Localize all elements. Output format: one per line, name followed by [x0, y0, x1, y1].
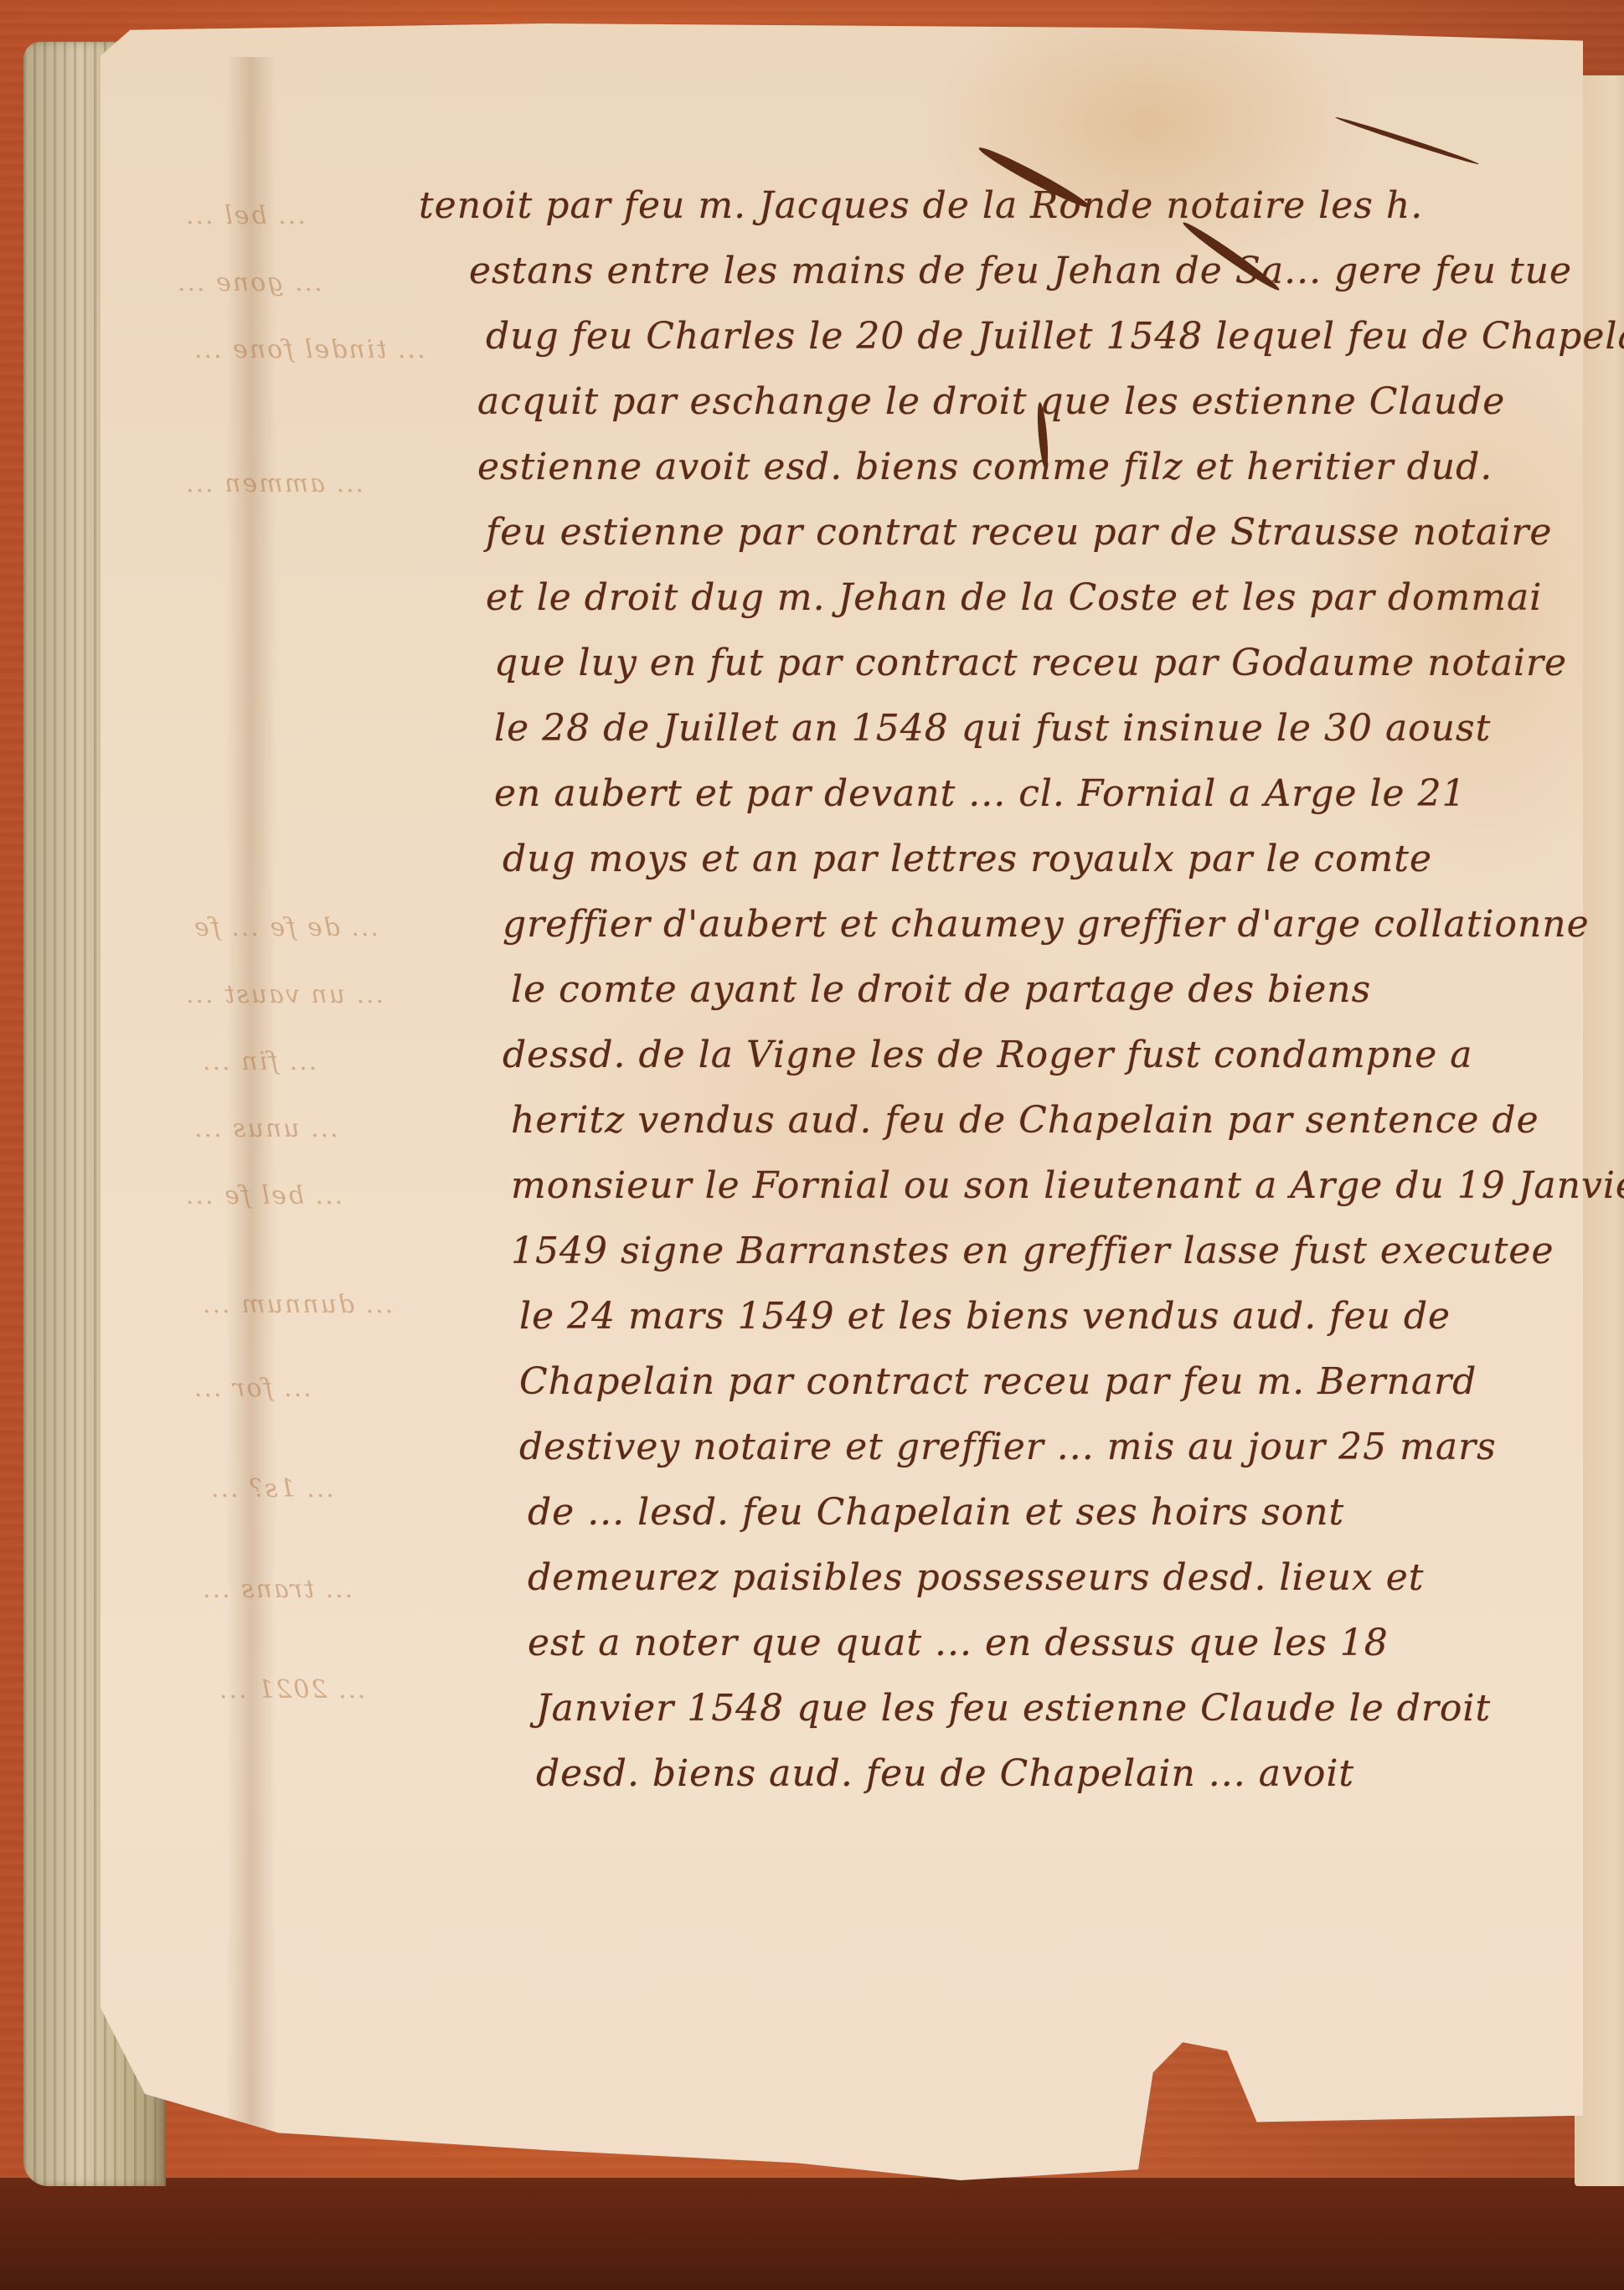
- text-line: acquit par eschange le droit que les est…: [477, 380, 1591, 446]
- text-line: tenoit par feu m. Jacques de la Ronde no…: [419, 184, 1591, 250]
- text-line: estans entre les mains de feu Jehan de S…: [469, 250, 1591, 315]
- text-line: monsieur le Fornial ou son lieutenant a …: [511, 1164, 1591, 1230]
- page-fold-shadow: [226, 57, 276, 2134]
- ghost-line: ... 1s? ...: [209, 1474, 334, 1503]
- text-line: en aubert et par devant ... cl. Fornial …: [494, 772, 1591, 838]
- ghost-line: ... unus ...: [193, 1114, 338, 1143]
- text-line: le 24 mars 1549 et les biens vendus aud.…: [519, 1295, 1591, 1360]
- ghost-line: ... ammen ...: [184, 469, 363, 498]
- text-line: Chapelain par contract receu par feu m. …: [519, 1360, 1591, 1426]
- text-line: que luy en fut par contract receu par Go…: [494, 642, 1591, 707]
- text-line: est a noter que quat ... en dessus que l…: [528, 1622, 1591, 1687]
- table-shadow-edge: [0, 2178, 1624, 2290]
- text-line: destivey notaire et greffier ... mis au …: [519, 1426, 1591, 1491]
- ghost-line: ... tindel fone ...: [193, 335, 425, 364]
- text-line: 1549 signe Barranstes en greffier lasse …: [511, 1230, 1591, 1295]
- text-line: de ... lesd. feu Chapelain et ses hoirs …: [528, 1491, 1591, 1556]
- text-line: dessd. de la Vigne les de Roger fust con…: [503, 1034, 1591, 1099]
- ghost-line: ... for ...: [193, 1374, 312, 1403]
- ghost-line: ... 2021 ...: [218, 1675, 366, 1705]
- ghost-line: ... bel fe ...: [184, 1181, 343, 1210]
- text-line: dug feu Charles le 20 de Juillet 1548 le…: [486, 315, 1591, 380]
- handwritten-text-block: tenoit par feu m. Jacques de la Ronde no…: [419, 184, 1591, 1818]
- ghost-line: ... un vaust ...: [184, 980, 384, 1009]
- text-line: heritz vendus aud. feu de Chapelain par …: [511, 1099, 1591, 1164]
- text-line: feu estienne par contrat receu par de St…: [486, 511, 1591, 576]
- ghost-line: ... bel ...: [184, 201, 306, 230]
- text-line: le comte ayant le droit de partage des b…: [511, 968, 1591, 1034]
- text-line: le 28 de Juillet an 1548 qui fust insinu…: [494, 707, 1591, 772]
- ghost-line: ... gone ...: [176, 268, 322, 297]
- text-line: demeurez paisibles possesseurs desd. lie…: [528, 1556, 1591, 1622]
- ghost-line: ... fin ...: [201, 1047, 317, 1076]
- text-line: estienne avoit esd. biens comme filz et …: [477, 446, 1591, 511]
- text-line: et le droit dug m. Jehan de la Coste et …: [486, 576, 1591, 642]
- ghost-line: ... dunnum ...: [201, 1290, 393, 1319]
- ghost-line: ... trans ...: [201, 1575, 353, 1604]
- text-line: Janvier 1548 que les feu estienne Claude…: [536, 1687, 1591, 1752]
- ghost-line: ... de fe ... fe: [193, 913, 379, 942]
- text-line: dug moys et an par lettres royaulx par l…: [503, 838, 1591, 903]
- text-line: desd. biens aud. feu de Chapelain ... av…: [536, 1752, 1591, 1818]
- text-line: greffier d'aubert et chaumey greffier d'…: [503, 903, 1591, 968]
